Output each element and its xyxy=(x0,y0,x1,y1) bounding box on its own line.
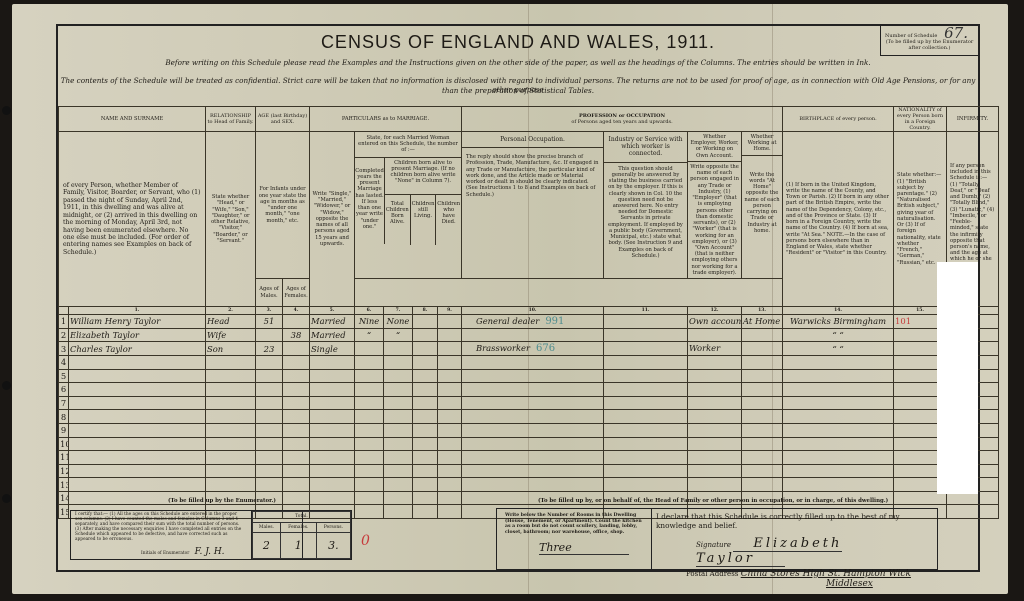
rooms-box: Write below the Number of Rooms in this … xyxy=(496,508,652,570)
col-header-nationality: NATIONALITY of every Person born in a Fo… xyxy=(894,107,947,132)
cell-occupation: General dealer991 xyxy=(462,315,604,329)
occupation-code: 991 xyxy=(545,316,564,327)
cell-marital: Married xyxy=(310,315,355,329)
cell-children-died xyxy=(438,505,462,519)
cell-industry xyxy=(604,437,688,451)
cell-employer: Worker xyxy=(688,342,742,356)
cell-occupation xyxy=(462,478,604,492)
cell-occupation: Brassworker676 xyxy=(462,342,604,356)
employer-instructions: Whether Employer, Worker, or Working on … xyxy=(688,132,742,279)
table-row: 2Elizabeth TaylorWife38Married“““ “ xyxy=(59,328,999,342)
cell-marital xyxy=(310,491,355,505)
cell-employer xyxy=(688,396,742,410)
cell-relationship xyxy=(206,451,256,465)
cell-age-f xyxy=(283,383,310,397)
totals-box: Total. Males.Females.Persons. 213. xyxy=(251,510,352,560)
cell-years-married xyxy=(355,410,384,424)
row-number: 8 xyxy=(59,410,69,424)
household-table: NAME AND SURNAME RELATIONSHIP to Head of… xyxy=(58,106,999,519)
cell-children-living xyxy=(413,437,438,451)
cell-age-m xyxy=(256,396,283,410)
cell-industry xyxy=(604,423,688,437)
cell-home xyxy=(742,410,783,424)
cell-birthplace xyxy=(783,451,894,465)
instruction-line: Before writing on this Schedule please r… xyxy=(58,58,978,67)
cell-marital xyxy=(310,383,355,397)
cell-home xyxy=(742,464,783,478)
cell-marital: Single xyxy=(310,342,355,356)
cell-birthplace: “ “ xyxy=(783,342,894,356)
row-number: 10 xyxy=(59,437,69,451)
cell-age-m xyxy=(256,355,283,369)
cell-years-married xyxy=(355,491,384,505)
cell-birthplace xyxy=(783,369,894,383)
schedule-number: 67. xyxy=(944,24,968,42)
cell-home xyxy=(742,342,783,356)
punch-hole xyxy=(2,494,11,503)
cell-children-total: “ xyxy=(384,328,413,342)
cell-industry xyxy=(604,383,688,397)
cell-relationship: Wife xyxy=(206,328,256,342)
cell-children-died xyxy=(438,328,462,342)
table-row: 4 xyxy=(59,355,999,369)
cell-children-living xyxy=(413,505,438,519)
rooms-count: Three xyxy=(539,541,629,555)
table-row: 11 xyxy=(59,451,999,465)
row-number: 5 xyxy=(59,369,69,383)
cell-industry xyxy=(604,451,688,465)
table-row: 3Charles TaylorSon23SingleBrassworker676… xyxy=(59,342,999,356)
cell-marital: Married xyxy=(310,328,355,342)
cell-relationship xyxy=(206,410,256,424)
cell-years-married xyxy=(355,451,384,465)
cell-children-died xyxy=(438,383,462,397)
cell-children-living xyxy=(413,451,438,465)
cell-occupation xyxy=(462,396,604,410)
cell-marital xyxy=(310,410,355,424)
cell-years-married xyxy=(355,437,384,451)
cell-children-died xyxy=(438,396,462,410)
cell-children-living xyxy=(413,410,438,424)
industry-instructions: Industry or Service with which worker is… xyxy=(604,132,688,279)
cell-children-living xyxy=(413,396,438,410)
cell-name: Elizabeth Taylor xyxy=(69,328,206,342)
row-number: 2 xyxy=(59,328,69,342)
column-numbers: 1. 2. 3. 4. 5. 6. 7. 8. 9. 10. 11. 12. 1… xyxy=(59,307,999,315)
cell-years-married xyxy=(355,464,384,478)
cell-years-married xyxy=(355,396,384,410)
personal-occupation: Personal Occupation. The reply should sh… xyxy=(462,132,604,279)
cell-home xyxy=(742,383,783,397)
cell-name xyxy=(69,410,206,424)
cell-years-married: Nine xyxy=(355,315,384,329)
cell-children-total xyxy=(384,505,413,519)
cell-age-f xyxy=(283,396,310,410)
row-number: 6 xyxy=(59,383,69,397)
cell-marital xyxy=(310,451,355,465)
cell-name xyxy=(69,437,206,451)
cell-age-m xyxy=(256,410,283,424)
cell-children-died xyxy=(438,451,462,465)
cell-occupation xyxy=(462,410,604,424)
cell-industry xyxy=(604,410,688,424)
relationship-instructions: State whether "Head," or "Wife," "Son," … xyxy=(206,132,256,307)
birthplace-instructions: (1) If born in the United Kingdom, write… xyxy=(783,132,894,307)
col-header-marriage: PARTICULARS as to MARRIAGE. xyxy=(310,107,462,132)
cell-home xyxy=(742,355,783,369)
cell-occupation xyxy=(462,355,604,369)
cell-birthplace: “ “ xyxy=(783,328,894,342)
cell-birthplace xyxy=(783,423,894,437)
cell-children-died xyxy=(438,410,462,424)
cell-years-married xyxy=(355,478,384,492)
cell-home xyxy=(742,451,783,465)
cell-relationship xyxy=(206,383,256,397)
cell-children-died xyxy=(438,437,462,451)
row-number: 14 xyxy=(59,491,69,505)
cell-occupation xyxy=(462,464,604,478)
row-number: 7 xyxy=(59,396,69,410)
cell-children-living xyxy=(413,423,438,437)
declaration-text: I declare that this Schedule is correctl… xyxy=(656,512,933,530)
cell-marital xyxy=(310,396,355,410)
table-row: 7 xyxy=(59,396,999,410)
col-header-age: AGE (last Birthday) and SEX. xyxy=(256,107,310,132)
occupation-code: 676 xyxy=(536,343,555,354)
cell-children-died xyxy=(438,342,462,356)
cell-years-married: “ xyxy=(355,328,384,342)
total-females: 1 xyxy=(280,533,316,559)
cell-age-f xyxy=(283,437,310,451)
cell-industry xyxy=(604,315,688,329)
cell-name: William Henry Taylor xyxy=(69,315,206,329)
cell-children-total xyxy=(384,437,413,451)
cell-age-f xyxy=(283,423,310,437)
cell-name xyxy=(69,396,206,410)
postal-address: China Stores High St. Hampton Wick xyxy=(741,569,911,579)
postal-address-county: Middlesex xyxy=(826,579,933,589)
cell-marital xyxy=(310,464,355,478)
cell-age-m xyxy=(256,437,283,451)
cell-children-died xyxy=(438,464,462,478)
cell-children-total xyxy=(384,451,413,465)
cell-age-m xyxy=(256,451,283,465)
cell-years-married xyxy=(355,355,384,369)
cell-years-married xyxy=(355,342,384,356)
cell-industry xyxy=(604,355,688,369)
cell-relationship: Son xyxy=(206,342,256,356)
col-header-relationship: RELATIONSHIP to Head of Family. xyxy=(206,107,256,132)
red-check-mark: 0 xyxy=(361,533,370,549)
cell-age-m xyxy=(256,478,283,492)
cell-children-died xyxy=(438,478,462,492)
cell-employer xyxy=(688,437,742,451)
postal-address-label: Postal Address xyxy=(686,570,738,578)
married-woman-instructions: State, for each Married Woman entered on… xyxy=(355,132,462,279)
cell-marital xyxy=(310,355,355,369)
cell-age-f xyxy=(283,355,310,369)
table-row: 9 xyxy=(59,423,999,437)
cell-employer xyxy=(688,369,742,383)
children-instr: Children born alive to present Marriage.… xyxy=(385,158,461,195)
cell-children-living xyxy=(413,478,438,492)
cell-children-died xyxy=(438,315,462,329)
cell-children-total xyxy=(384,342,413,356)
redaction-box xyxy=(937,262,978,494)
completed-years-instr: Completed years the present Marriage has… xyxy=(355,158,385,244)
total-persons: 3. xyxy=(316,533,350,559)
signature-label: Signature xyxy=(696,541,731,549)
cell-name xyxy=(69,451,206,465)
cell-age-m xyxy=(256,464,283,478)
name-instructions: of every Person, whether Member of Famil… xyxy=(59,132,206,307)
enumerator-initials: F. J. H. xyxy=(195,547,225,557)
cell-employer xyxy=(688,478,742,492)
cell-children-total: None xyxy=(384,315,413,329)
cell-age-f xyxy=(283,315,310,329)
cell-industry xyxy=(604,464,688,478)
cell-marital xyxy=(310,369,355,383)
cell-employer xyxy=(688,328,742,342)
cell-industry xyxy=(604,478,688,492)
marital-instructions: Write "Single," "Married," "Widower," or… xyxy=(310,132,355,307)
cell-name xyxy=(69,478,206,492)
confidential-line-2: than the preparation of Statistical Tabl… xyxy=(58,86,978,95)
cell-children-total xyxy=(384,478,413,492)
cell-children-total xyxy=(384,355,413,369)
cell-occupation xyxy=(462,437,604,451)
cell-home: At Home xyxy=(742,315,783,329)
cell-birthplace xyxy=(783,410,894,424)
cell-name xyxy=(69,369,206,383)
cell-age-m xyxy=(256,328,283,342)
cell-years-married xyxy=(355,369,384,383)
table-row: 8 xyxy=(59,410,999,424)
cell-relationship: Head xyxy=(206,315,256,329)
cell-children-total xyxy=(384,423,413,437)
cell-age-f xyxy=(283,451,310,465)
cell-infirmity xyxy=(947,505,999,519)
cell-children-living xyxy=(413,464,438,478)
cell-occupation xyxy=(462,369,604,383)
table-row: 1William Henry TaylorHead51MarriedNineNo… xyxy=(59,315,999,329)
cell-relationship xyxy=(206,369,256,383)
cell-relationship xyxy=(206,396,256,410)
cell-age-f xyxy=(283,410,310,424)
cell-birthplace: Warwicks Birmingham xyxy=(783,315,894,329)
cell-years-married xyxy=(355,423,384,437)
cell-children-died xyxy=(438,491,462,505)
total-males: 2 xyxy=(253,533,281,559)
cell-name: Charles Taylor xyxy=(69,342,206,356)
row-number: 12 xyxy=(59,464,69,478)
cell-employer xyxy=(688,410,742,424)
cell-home xyxy=(742,328,783,342)
table-row: 6 xyxy=(59,383,999,397)
cell-home xyxy=(742,369,783,383)
cell-name xyxy=(69,464,206,478)
cell-children-living xyxy=(413,355,438,369)
age-males-label: Ages of Males. xyxy=(256,279,283,307)
row-number: 3 xyxy=(59,342,69,356)
declaration-box: I declare that this Schedule is correctl… xyxy=(651,508,938,570)
cell-marital xyxy=(310,423,355,437)
cell-relationship xyxy=(206,464,256,478)
cell-age-m: 23 xyxy=(256,342,283,356)
row-number: 9 xyxy=(59,423,69,437)
col-header-infirmity: INFIRMITY. xyxy=(947,107,999,132)
cell-children-living xyxy=(413,315,438,329)
cell-age-f xyxy=(283,369,310,383)
cell-employer: Own account6 xyxy=(688,315,742,329)
cell-years-married xyxy=(355,505,384,519)
table-row: 13 xyxy=(59,478,999,492)
cell-occupation xyxy=(462,328,604,342)
col-header-name: NAME AND SURNAME xyxy=(59,107,206,132)
cell-children-total xyxy=(384,464,413,478)
cell-home xyxy=(742,396,783,410)
cell-age-f xyxy=(283,342,310,356)
cell-birthplace xyxy=(783,437,894,451)
cell-children-living xyxy=(413,491,438,505)
cell-age-f xyxy=(283,464,310,478)
cell-industry xyxy=(604,396,688,410)
cell-birthplace xyxy=(783,355,894,369)
cell-birthplace xyxy=(783,383,894,397)
cell-employer xyxy=(688,451,742,465)
cell-occupation xyxy=(462,383,604,397)
cell-children-total xyxy=(384,410,413,424)
schedule-number-box: Number of Schedule 67. (To be filled up … xyxy=(880,26,978,56)
cell-marital xyxy=(310,478,355,492)
form-title: CENSUS OF ENGLAND AND WALES, 1911. xyxy=(58,32,978,53)
row-number: 13 xyxy=(59,478,69,492)
cell-children-living xyxy=(413,328,438,342)
table-row: 5 xyxy=(59,369,999,383)
cell-children-died xyxy=(438,423,462,437)
home-instructions: Whether Working at Home. Write the words… xyxy=(742,132,783,279)
table-row: 12 xyxy=(59,464,999,478)
cell-marital xyxy=(310,437,355,451)
table-row: 10 xyxy=(59,437,999,451)
cell-birthplace xyxy=(783,464,894,478)
row-number: 11 xyxy=(59,451,69,465)
cell-employer xyxy=(688,423,742,437)
cell-birthplace xyxy=(783,478,894,492)
cell-home xyxy=(742,437,783,451)
cell-home xyxy=(742,478,783,492)
cell-age-m xyxy=(256,369,283,383)
cell-relationship xyxy=(206,437,256,451)
cell-age-m xyxy=(256,383,283,397)
col-header-birthplace: BIRTHPLACE of every person. xyxy=(783,107,894,132)
cell-relationship xyxy=(206,355,256,369)
cell-children-died xyxy=(438,355,462,369)
cell-children-living xyxy=(413,369,438,383)
cell-employer xyxy=(688,355,742,369)
cell-age-f xyxy=(283,491,310,505)
cell-home xyxy=(742,423,783,437)
head-section-label: (To be filled up by, or on behalf of, th… xyxy=(538,498,888,504)
initials-label: Initials of Enumerator xyxy=(141,551,189,556)
row-number: 15 xyxy=(59,505,69,519)
cell-name xyxy=(69,423,206,437)
cell-children-living xyxy=(413,383,438,397)
age-instructions: For Infants under one year state the age… xyxy=(256,132,310,279)
cell-occupation xyxy=(462,451,604,465)
cell-industry xyxy=(604,328,688,342)
cell-children-living xyxy=(413,342,438,356)
cell-children-total xyxy=(384,369,413,383)
cell-name xyxy=(69,355,206,369)
punch-hole xyxy=(2,381,11,390)
age-females-label: Ages of Females. xyxy=(283,279,310,307)
punch-hole xyxy=(2,106,11,115)
col-header-profession: PROFESSION or OCCUPATIONof Persons aged … xyxy=(462,107,783,132)
cell-relationship xyxy=(206,478,256,492)
cell-industry xyxy=(604,369,688,383)
cell-relationship xyxy=(206,423,256,437)
row-number: 1 xyxy=(59,315,69,329)
cell-children-total xyxy=(384,396,413,410)
enumerator-label: (To be filled up by the Enumerator.) xyxy=(168,498,276,504)
cell-age-f: 38 xyxy=(283,328,310,342)
census-form: CENSUS OF ENGLAND AND WALES, 1911. Befor… xyxy=(56,24,980,572)
cell-birthplace xyxy=(783,396,894,410)
cell-occupation xyxy=(462,423,604,437)
cell-children-total xyxy=(384,383,413,397)
row-number: 4 xyxy=(59,355,69,369)
cell-employer xyxy=(688,464,742,478)
cell-industry xyxy=(604,342,688,356)
cell-age-m: 51 xyxy=(256,315,283,329)
cell-children-total xyxy=(384,491,413,505)
cell-name xyxy=(69,383,206,397)
cell-age-m xyxy=(256,423,283,437)
cell-children-died xyxy=(438,369,462,383)
cell-employer xyxy=(688,383,742,397)
cell-age-f xyxy=(283,478,310,492)
cell-years-married xyxy=(355,383,384,397)
